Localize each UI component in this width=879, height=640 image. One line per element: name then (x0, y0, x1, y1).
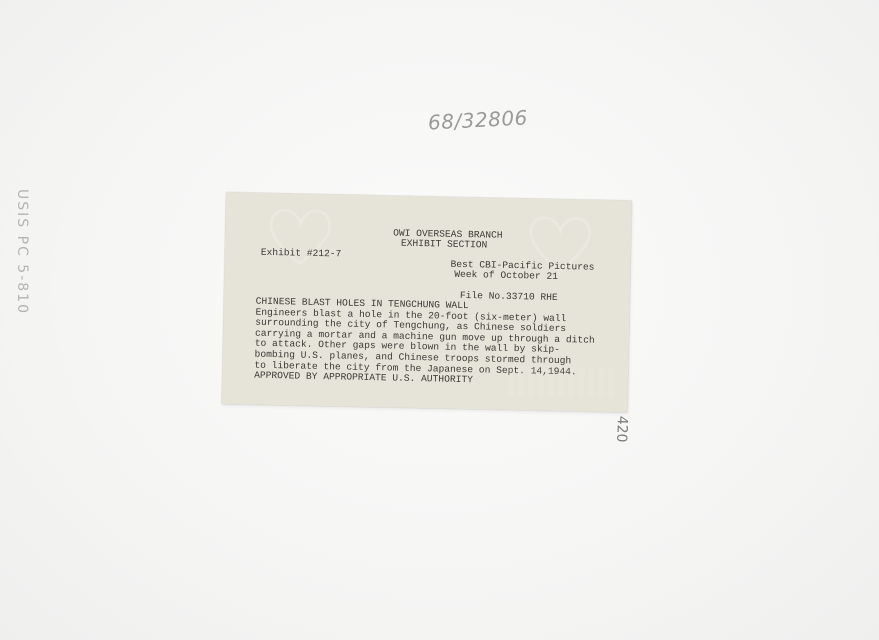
handwritten-catalog-number: 68/32806 (427, 105, 528, 134)
caption-card: OWI OVERSEAS BRANCH EXHIBIT SECTION Exhi… (222, 192, 632, 412)
exhibit-number: Exhibit #212-7 (261, 248, 342, 260)
side-archive-code: USIS PC 5-810 (14, 189, 30, 315)
heart-watermark-icon (264, 201, 335, 272)
header-section: EXHIBIT SECTION (401, 239, 488, 251)
handwritten-box-number: 420 (613, 415, 630, 442)
week-label: Week of October 21 (454, 270, 558, 283)
photo-back-sheet: 68/32806 USIS PC 5-810 OWI OVERSEAS BRAN… (0, 0, 879, 640)
faded-stamp-bleed (508, 366, 619, 398)
